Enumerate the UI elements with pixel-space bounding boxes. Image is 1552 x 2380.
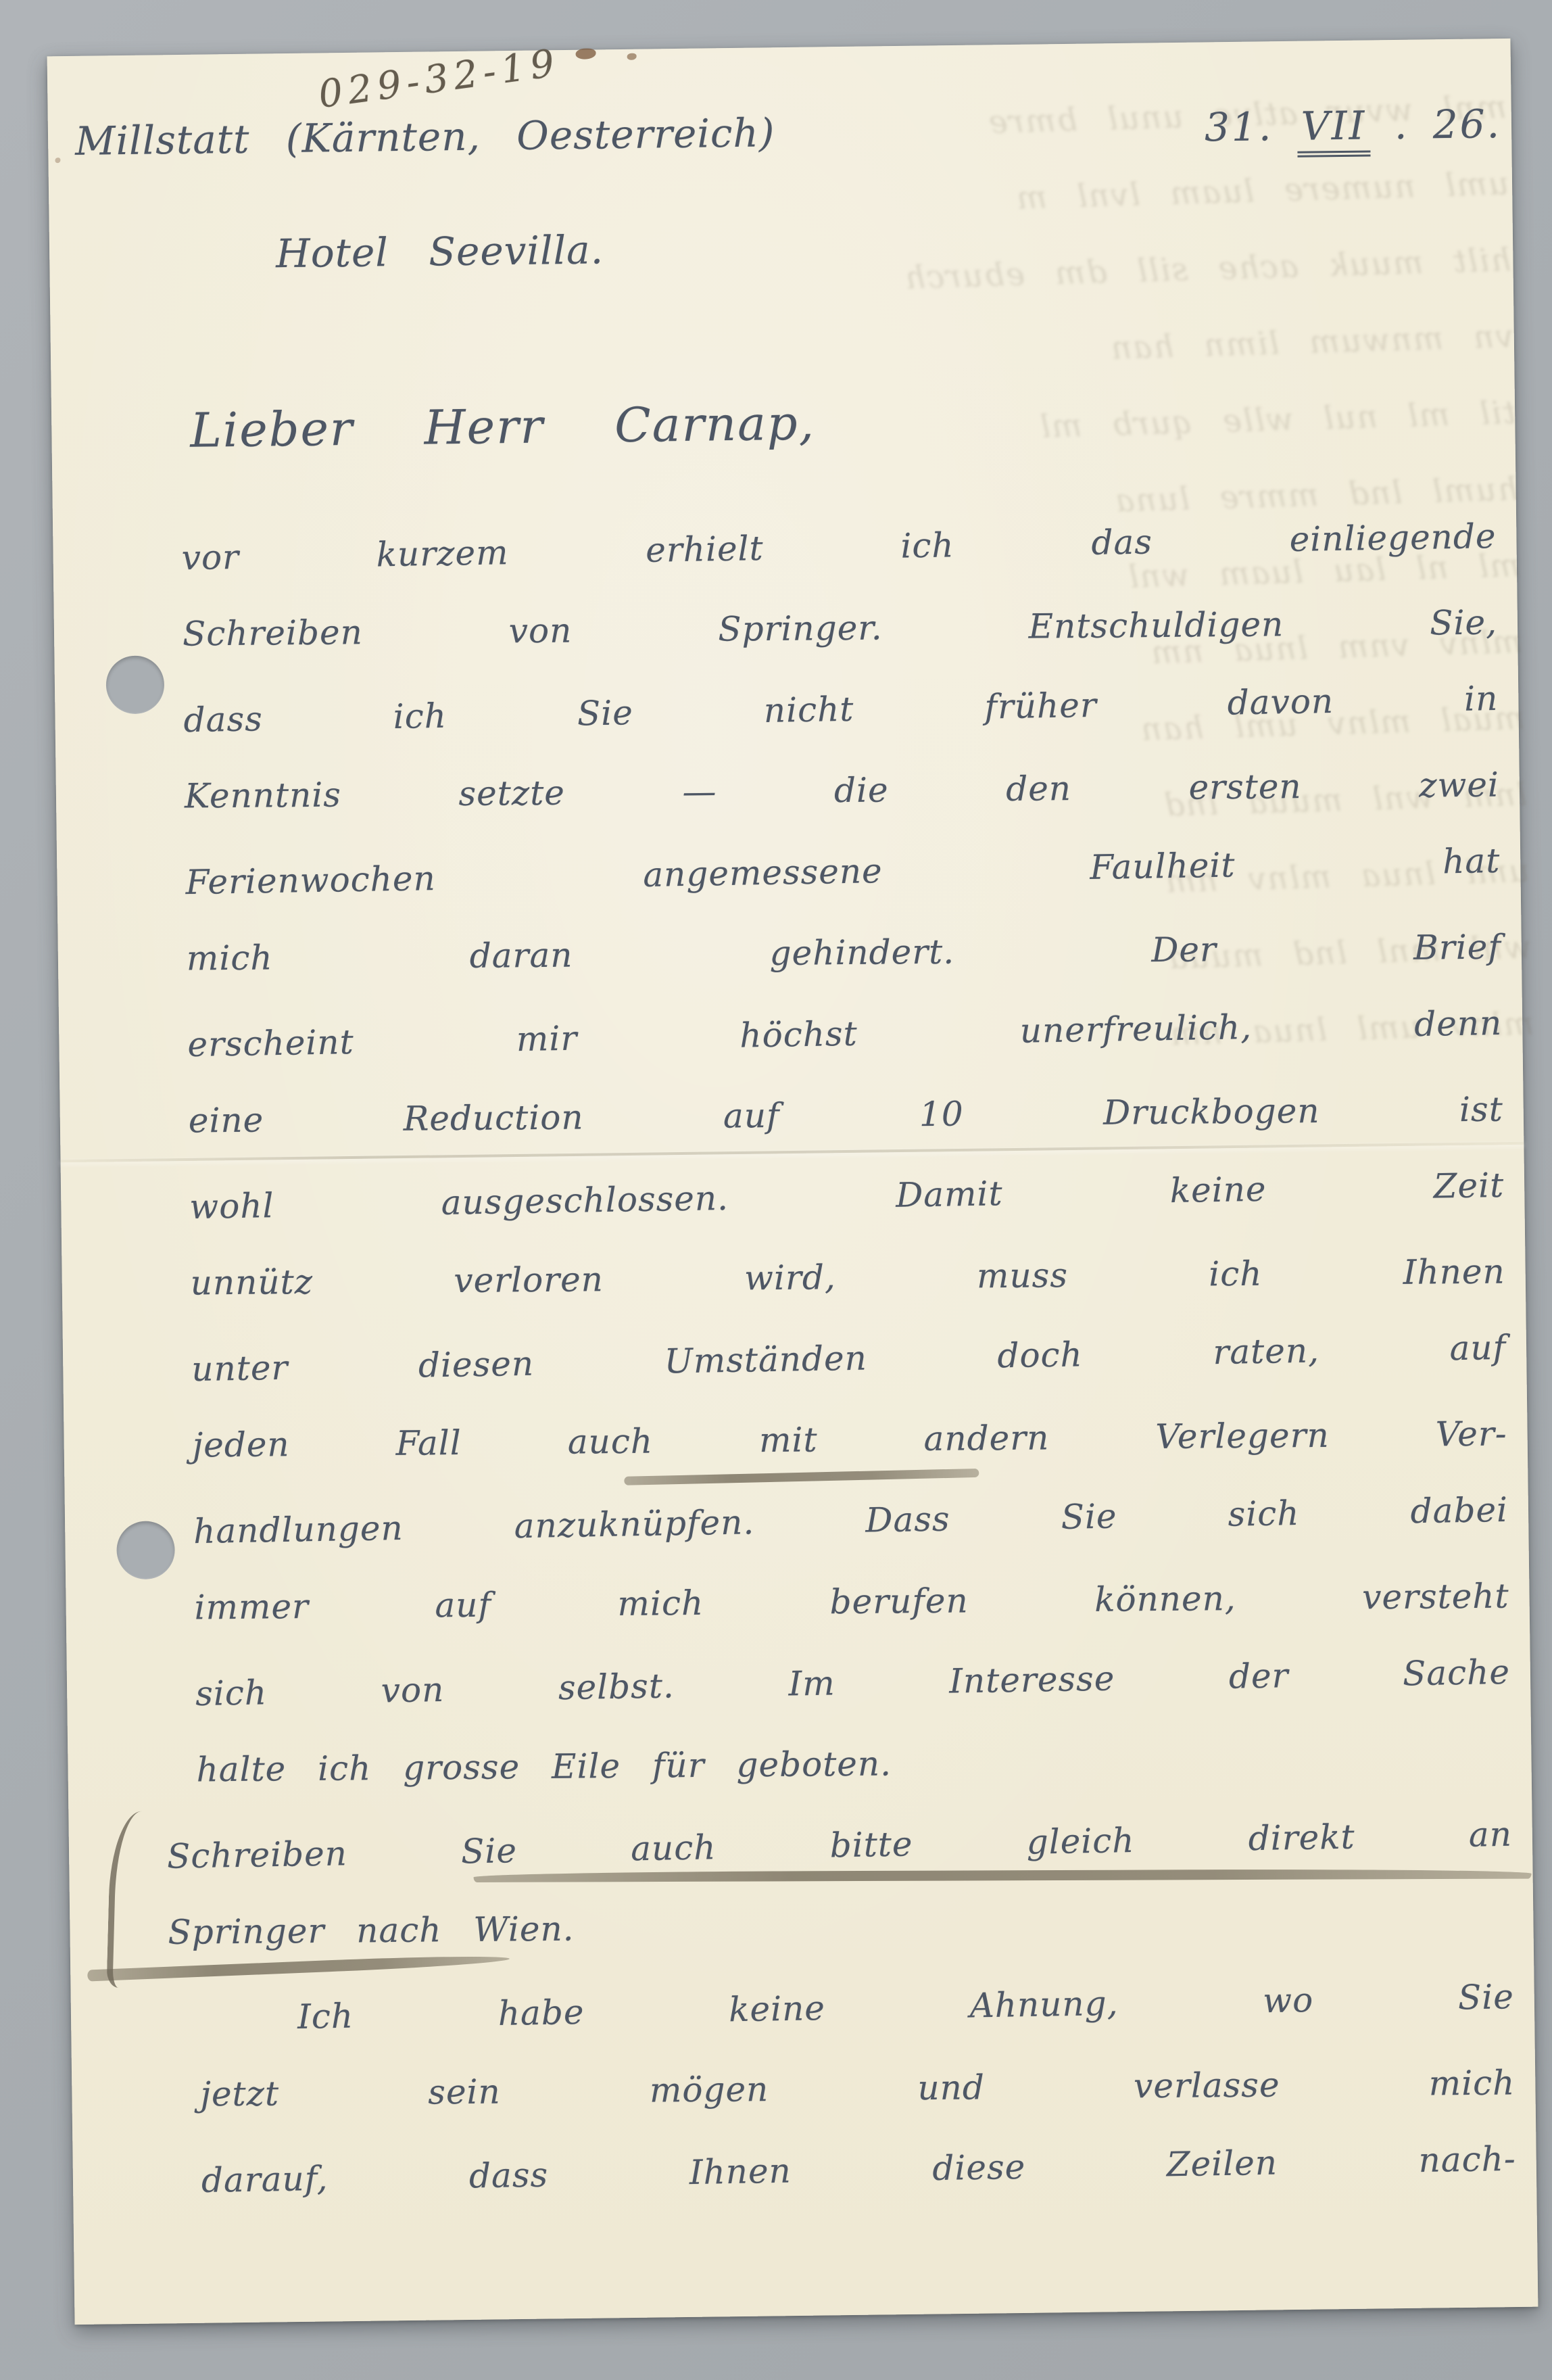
salutation: Lieber Herr Carnap, bbox=[190, 396, 815, 458]
letter-line: Ich habe keine Ahnung, wo Sie bbox=[297, 1956, 1515, 2057]
hotel-address-line: Hotel Seevilla. bbox=[276, 227, 604, 277]
letter-paper: mnl wvur atlve unul bmreuml numere luam … bbox=[47, 39, 1538, 2325]
location-date-line: Millstatt (Kärnten, Oesterreich) 31. VII… bbox=[75, 101, 1502, 164]
margin-bracket bbox=[106, 1811, 145, 1989]
location-text: Millstatt (Kärnten, Oesterreich) bbox=[75, 110, 775, 164]
letter-line: darauf, dass Ihnen diese Zeilen nach- bbox=[201, 2118, 1517, 2221]
date-text: 31. VII . 26. bbox=[1205, 101, 1502, 150]
date-day: 31. bbox=[1205, 103, 1274, 150]
punch-hole-bottom bbox=[116, 1521, 175, 1579]
punch-hole-top bbox=[105, 655, 164, 714]
scanner-background: mnl wvur atlve unul bmreuml numere luam … bbox=[0, 0, 1552, 2380]
paper-stain bbox=[627, 53, 637, 60]
paper-stain bbox=[576, 48, 596, 59]
date-year: . 26. bbox=[1394, 101, 1501, 148]
date-month-underlined: VII bbox=[1296, 102, 1371, 157]
paper-stain bbox=[55, 158, 60, 163]
archival-number: 029-32-19 bbox=[316, 41, 562, 117]
